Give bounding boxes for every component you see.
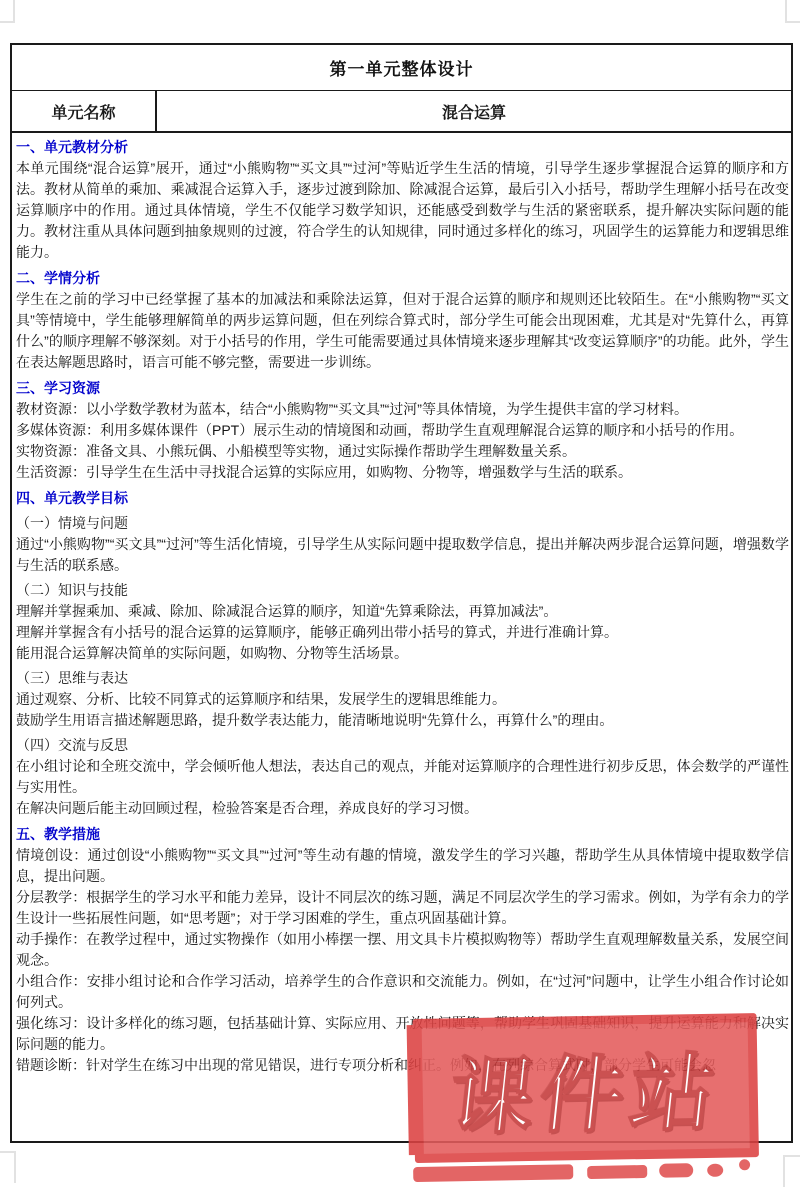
stamp-brush-stroke	[659, 1163, 693, 1178]
page-corner-mark-top-left	[0, 0, 15, 23]
sub-heading: （四）交流与反思	[16, 735, 789, 756]
table-body-cell: 一、单元教材分析 本单元围绕“混合运算”展开，通过“小熊购物”“买文具”“过河”…	[12, 133, 791, 1139]
table-title-row: 第一单元整体设计	[12, 45, 791, 91]
paragraph: 小组合作：安排小组讨论和合作学习活动，培养学生的合作意识和交流能力。例如，在“过…	[16, 971, 789, 1013]
paragraph: 能用混合运算解决简单的实际问题，如购物、分物等生活场景。	[16, 643, 789, 664]
document-page: { "page": { "title": "第一单元整体设计", "unit_l…	[0, 0, 800, 1200]
stamp-brush-stroke	[587, 1165, 647, 1179]
section-heading-learner-analysis: 二、学情分析	[16, 268, 789, 289]
unit-name-label: 单元名称	[12, 91, 157, 131]
paragraph: 鼓励学生用语言描述解题思路，提升数学表达能力，能清晰地说明“先算什么，再算什么”…	[16, 710, 789, 731]
paragraph: 理解并掌握乘加、乘减、除加、除减混合运算的顺序，知道“先算乘除法，再算加减法”。	[16, 601, 789, 622]
page-corner-mark-bottom-right	[783, 1155, 800, 1187]
paragraph: 动手操作：在教学过程中，通过实物操作（如用小棒摆一摆、用文具卡片模拟购物等）帮助…	[16, 929, 789, 971]
stamp-brush-stroke	[739, 1159, 750, 1170]
section-heading-material-analysis: 一、单元教材分析	[16, 137, 789, 158]
unit-name-value: 混合运算	[157, 91, 791, 131]
section-heading-teaching-objectives: 四、单元教学目标	[16, 488, 789, 509]
paragraph: 强化练习：设计多样化的练习题，包括基础计算、实际应用、开放性问题等，帮助学生巩固…	[16, 1013, 789, 1055]
unit-name-row: 单元名称 混合运算	[12, 91, 791, 133]
lesson-plan-table: 第一单元整体设计 单元名称 混合运算 一、单元教材分析 本单元围绕“混合运算”展…	[10, 43, 793, 1143]
paragraph: 在小组讨论和全班交流中，学会倾听他人想法，表达自己的观点，并能对运算顺序的合理性…	[16, 756, 789, 798]
paragraph: 多媒体资源：利用多媒体课件（PPT）展示生动的情境图和动画，帮助学生直观理解混合…	[16, 420, 789, 441]
paragraph: 本单元围绕“混合运算”展开，通过“小熊购物”“买文具”“过河”等贴近学生生活的情…	[16, 158, 789, 263]
paragraph: 理解并掌握含有小括号的混合运算的运算顺序，能够正确列出带小括号的算式，并进行准确…	[16, 622, 789, 643]
paragraph: 生活资源：引导学生在生活中寻找混合运算的实际应用，如购物、分物等，增强数学与生活…	[16, 462, 789, 483]
section-heading-teaching-measures: 五、教学措施	[16, 824, 789, 845]
page-corner-mark-top-right	[785, 0, 800, 23]
section-heading-learning-resources: 三、学习资源	[16, 378, 789, 399]
sub-heading: （一）情境与问题	[16, 513, 789, 534]
sub-heading: （二）知识与技能	[16, 580, 789, 601]
stamp-brush-stroke	[413, 1164, 573, 1182]
paragraph: 教材资源：以小学数学教材为蓝本，结合“小熊购物”“买文具”“过河”等具体情境，为…	[16, 399, 789, 420]
paragraph: 通过观察、分析、比较不同算式的运算顺序和结果，发展学生的逻辑思维能力。	[16, 689, 789, 710]
sub-heading: （三）思维与表达	[16, 668, 789, 689]
page-corner-mark-bottom-left	[0, 1151, 16, 1183]
paragraph: 实物资源：准备文具、小熊玩偶、小船模型等实物，通过实际操作帮助学生理解数量关系。	[16, 441, 789, 462]
paragraph: 学生在之前的学习中已经掌握了基本的加减法和乘除法运算，但对于混合运算的顺序和规则…	[16, 289, 789, 373]
page-title: 第一单元整体设计	[330, 55, 474, 80]
stamp-brush-stroke	[707, 1164, 723, 1177]
paragraph: 错题诊断：针对学生在练习中出现的常见错误，进行专项分析和纠正。例如，在列综合算式…	[16, 1055, 789, 1076]
paragraph: 情境创设：通过创设“小熊购物”“买文具”“过河”等生动有趣的情境，激发学生的学习…	[16, 845, 789, 887]
paragraph: 在解决问题后能主动回顾过程，检验答案是否合理，养成良好的学习习惯。	[16, 798, 789, 819]
paragraph: 分层教学：根据学生的学习水平和能力差异，设计不同层次的练习题，满足不同层次学生的…	[16, 887, 789, 929]
paragraph: 通过“小熊购物”“买文具”“过河”等生活化情境，引导学生从实际问题中提取数学信息…	[16, 534, 789, 576]
